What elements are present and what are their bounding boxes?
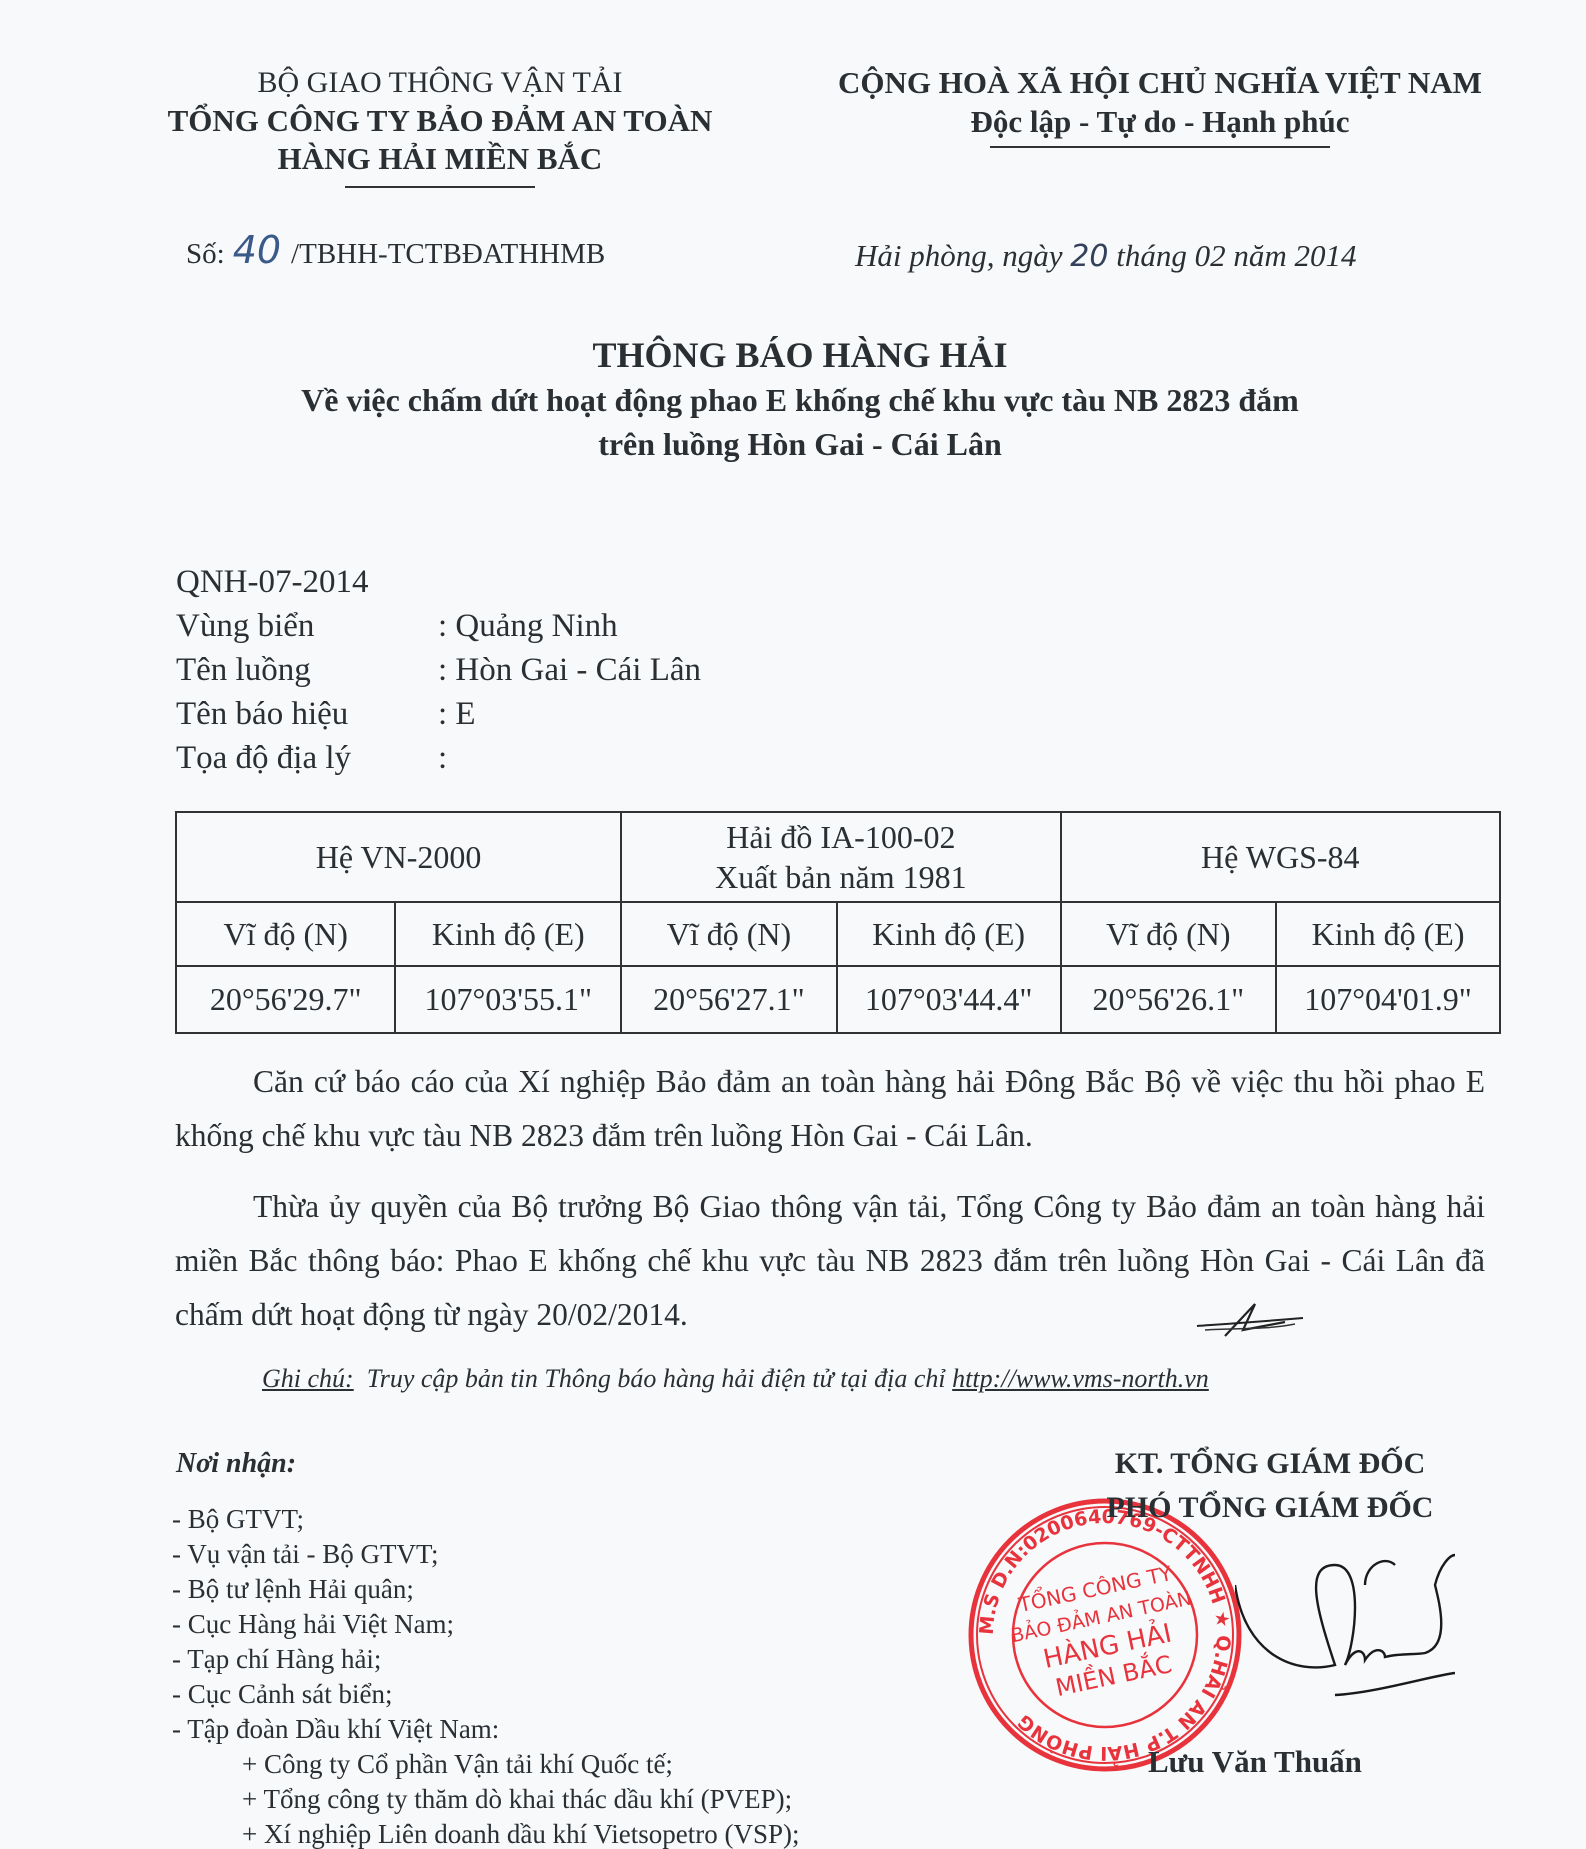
list-item: - Cục Cảnh sát biển;: [172, 1677, 800, 1712]
info-label: Tên báo hiệu: [176, 692, 438, 736]
note-text: Truy cập bản tin Thông báo hàng hải điện…: [367, 1364, 946, 1393]
column-header-longitude: Kinh độ (E): [1276, 902, 1500, 966]
coordinate-value: 20°56'26.1": [1061, 966, 1277, 1033]
notice-code: QNH-07-2014: [176, 560, 701, 604]
list-subitem: + Tổng công ty thăm dò khai thác dầu khí…: [172, 1782, 800, 1817]
body-paragraph-basis: Căn cứ báo cáo của Xí nghiệp Bảo đảm an …: [175, 1055, 1485, 1163]
notice-subtitle-line2: trên luồng Hòn Gai - Cái Lân: [150, 422, 1450, 466]
organization-name-line2: HÀNG HẢI MIỀN BẮC: [130, 140, 750, 178]
notice-subtitle-line1: Về việc chấm dứt hoạt động phao E khống …: [150, 378, 1450, 422]
document-number: Số:40/TBHH-TCTBĐATHHMB: [186, 228, 605, 272]
national-motto: Độc lập - Tự do - Hạnh phúc: [780, 102, 1540, 142]
column-header-latitude: Vĩ độ (N): [1061, 902, 1277, 966]
signature-block: KT. TỔNG GIÁM ĐỐC PHÓ TỔNG GIÁM ĐỐC: [1070, 1442, 1470, 1530]
date-suffix: tháng 02 năm 2014: [1116, 238, 1356, 273]
document-date: Hải phòng, ngày 20 tháng 02 năm 2014: [855, 238, 1356, 274]
notice-info: QNH-07-2014 Vùng biển : Quảng Ninh Tên l…: [176, 560, 701, 780]
info-row-coordinates: Tọa độ địa lý :: [176, 736, 701, 780]
list-item: - Bộ GTVT;: [172, 1502, 800, 1537]
notice-title: THÔNG BÁO HÀNG HẢI Về việc chấm dứt hoạt…: [150, 332, 1450, 466]
system-header-chart: Hải đồ IA-100-02 Xuất bản năm 1981: [621, 812, 1060, 902]
date-day: 20: [1070, 239, 1108, 274]
notice-title-main: THÔNG BÁO HÀNG HẢI: [150, 332, 1450, 378]
info-value: : Quảng Ninh: [438, 604, 618, 648]
national-heading: CỘNG HOÀ XÃ HỘI CHỦ NGHĨA VIỆT NAM Độc l…: [780, 64, 1540, 148]
recipients-label: Nơi nhận:: [176, 1448, 296, 1480]
signer-name: Lưu Văn Thuấn: [1148, 1744, 1362, 1780]
table-subheader-row: Vĩ độ (N) Kinh độ (E) Vĩ độ (N) Kinh độ …: [176, 902, 1500, 966]
list-subitem: + Xí nghiệp Liên doanh dầu khí Vietsopet…: [172, 1817, 800, 1849]
header-divider: [345, 186, 535, 188]
list-item: - Bộ tư lệnh Hải quân;: [172, 1572, 800, 1607]
coordinate-value: 107°03'55.1": [395, 966, 621, 1033]
list-item: - Tạp chí Hàng hải;: [172, 1642, 800, 1677]
ministry-name: BỘ GIAO THÔNG VẬN TẢI: [130, 64, 750, 102]
column-header-latitude: Vĩ độ (N): [621, 902, 837, 966]
info-row-channel: Tên luồng : Hòn Gai - Cái Lân: [176, 648, 701, 692]
issuing-authority: BỘ GIAO THÔNG VẬN TẢI TỔNG CÔNG TY BẢO Đ…: [130, 64, 750, 188]
handwritten-signature-icon: [1235, 1525, 1455, 1730]
info-value: : E: [438, 692, 476, 736]
info-row-sea-area: Vùng biển : Quảng Ninh: [176, 604, 701, 648]
list-subitem: + Công ty Cổ phần Vận tải khí Quốc tế;: [172, 1747, 800, 1782]
signer-title-line1: KT. TỔNG GIÁM ĐỐC: [1070, 1442, 1470, 1486]
table-header-row: Hệ VN-2000 Hải đồ IA-100-02 Xuất bản năm…: [176, 812, 1500, 902]
coordinate-value: 107°04'01.9": [1276, 966, 1500, 1033]
info-label: Tọa độ địa lý: [176, 736, 438, 780]
system-header-vn2000: Hệ VN-2000: [176, 812, 621, 902]
official-stamp-icon: M.S D.N:0200640769-CTTNHH ★ Q.HẢI AN T.P…: [965, 1495, 1245, 1780]
column-header-latitude: Vĩ độ (N): [176, 902, 395, 966]
recipients-list: - Bộ GTVT; - Vụ vận tải - Bộ GTVT; - Bộ …: [172, 1502, 800, 1849]
note-label: Ghi chú:: [262, 1364, 354, 1393]
document-number-suffix: /TBHH-TCTBĐATHHMB: [291, 238, 605, 270]
info-label: Tên luồng: [176, 648, 438, 692]
coordinate-table: Hệ VN-2000 Hải đồ IA-100-02 Xuất bản năm…: [175, 811, 1501, 1034]
website-link[interactable]: http://www.vms-north.vn: [952, 1364, 1209, 1393]
info-label: Vùng biển: [176, 604, 438, 648]
table-row: 20°56'29.7" 107°03'55.1" 20°56'27.1" 107…: [176, 966, 1500, 1033]
info-value: :: [438, 736, 447, 780]
date-prefix: Hải phòng, ngày: [855, 238, 1063, 273]
motto-divider: [990, 146, 1330, 148]
info-row-aid-name: Tên báo hiệu : E: [176, 692, 701, 736]
coordinate-value: 107°03'44.4": [837, 966, 1061, 1033]
column-header-longitude: Kinh độ (E): [395, 902, 621, 966]
initials-mark-icon: [1195, 1300, 1305, 1345]
list-item: - Tập đoàn Dầu khí Việt Nam:: [172, 1712, 800, 1747]
access-note: Ghi chú: Truy cập bản tin Thông báo hàng…: [262, 1364, 1209, 1394]
document-number-label: Số:: [186, 238, 225, 270]
country-name: CỘNG HOÀ XÃ HỘI CHỦ NGHĨA VIỆT NAM: [780, 64, 1540, 102]
list-item: - Vụ vận tải - Bộ GTVT;: [172, 1537, 800, 1572]
document-number-value: 40: [233, 228, 281, 272]
signer-title-line2: PHÓ TỔNG GIÁM ĐỐC: [1070, 1486, 1470, 1530]
system-header-wgs84: Hệ WGS-84: [1061, 812, 1500, 902]
info-value: : Hòn Gai - Cái Lân: [438, 648, 701, 692]
coordinate-value: 20°56'29.7": [176, 966, 395, 1033]
column-header-longitude: Kinh độ (E): [837, 902, 1061, 966]
organization-name-line1: TỔNG CÔNG TY BẢO ĐẢM AN TOÀN: [130, 102, 750, 140]
coordinate-value: 20°56'27.1": [621, 966, 837, 1033]
list-item: - Cục Hàng hải Việt Nam;: [172, 1607, 800, 1642]
